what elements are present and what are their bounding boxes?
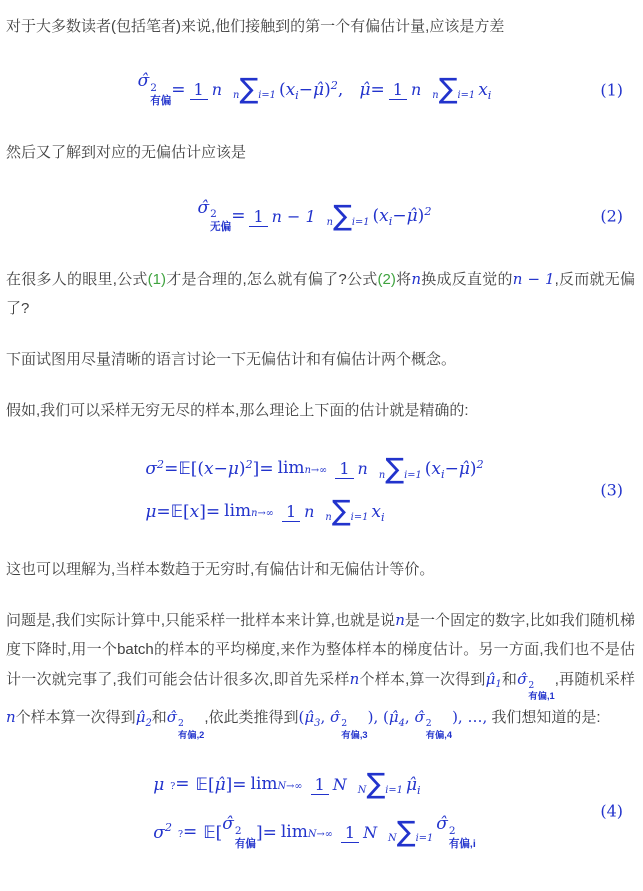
inline-math: x xyxy=(190,502,200,522)
math-base: μ̂ xyxy=(136,708,146,726)
equation-rows: μ?=𝔼[μ̂] = limN→∞1NN∑i=1μ̂iσ2?=𝔼[σ̂2有偏] … xyxy=(153,771,476,851)
math-base: σ xyxy=(145,459,157,479)
text-run: 对于大多数读者(包括笔者)来说,他们接触到的第一个有偏估计量,应该是方差 xyxy=(6,18,504,35)
math-superscript: 2 xyxy=(424,205,431,218)
math-subscript: 4 xyxy=(399,718,405,729)
limit-word: lim xyxy=(278,458,305,478)
math-base: μ̂ xyxy=(406,775,417,795)
inline-math: )2 xyxy=(239,459,253,479)
inline-math: μ̂ xyxy=(359,80,370,100)
math-supsub-stack: 2有偏,1 xyxy=(528,680,554,703)
inline-math: μ̂ xyxy=(215,775,226,795)
inline-math: xi xyxy=(379,206,392,226)
fraction: 1n − 1 xyxy=(249,207,319,226)
fraction: 1N xyxy=(341,823,381,842)
inline-math: x xyxy=(204,459,214,479)
inline-math: n xyxy=(395,611,405,629)
equation-row: μ = 𝔼[x] = limn→∞1nn∑i=1xi xyxy=(145,498,384,525)
limit-operator: limN→∞ xyxy=(281,824,333,842)
math-base: σ̂ xyxy=(167,708,177,726)
math-subscript: 无偏 xyxy=(210,221,231,234)
inline-math: σ̂2有偏 xyxy=(138,71,172,108)
inline-math: σ̂2有偏,i xyxy=(436,814,476,851)
inline-math: μ̂1 xyxy=(486,670,502,688)
inline-math: , xyxy=(338,80,360,100)
inline-math: , xyxy=(320,708,330,726)
math-base: x xyxy=(431,459,441,479)
expectation-symbol: 𝔼 xyxy=(171,502,183,522)
display-equation: σ2 = 𝔼[(x − μ)2] = limn→∞1nn∑i=1(xi − μ̂… xyxy=(6,456,635,525)
fraction-numerator: 1 xyxy=(389,80,407,100)
sum-lower-limit: i=1 xyxy=(416,833,434,844)
equation-rows: σ̂2无偏 = 1n − 1n∑i=1(xi − μ̂)2 xyxy=(198,198,432,235)
limit-operator: limn→∞ xyxy=(278,460,328,478)
text-run: 我们想知道的是: xyxy=(487,709,600,726)
inline-math: − xyxy=(392,206,406,226)
limit-word: lim xyxy=(224,501,251,521)
fraction-denominator: N xyxy=(329,775,351,794)
equation-row: μ?=𝔼[μ̂] = limN→∞1NN∑i=1μ̂i xyxy=(153,771,420,798)
equation-rows: σ̂2有偏 = 1nn∑i=1(xi − μ̂)2, μ̂ = 1nn∑i=1x… xyxy=(138,71,492,108)
math-superscript: 2 xyxy=(341,718,347,730)
summation: n∑i=1 xyxy=(325,498,368,525)
inline-math: σ̂2有偏,1 xyxy=(517,670,555,688)
fraction-numerator: 1 xyxy=(335,459,353,479)
sum-sigma-icon: ∑ xyxy=(239,72,258,105)
math-superscript: 2 xyxy=(246,458,253,471)
inline-math: xi xyxy=(286,80,299,100)
inline-math: μ̂ xyxy=(313,80,324,100)
math-base: σ̂ xyxy=(198,198,210,218)
math-base: x xyxy=(286,80,296,100)
sum-sigma-icon: ∑ xyxy=(332,494,351,527)
math-base: ) xyxy=(470,459,477,479)
inline-math: ] xyxy=(199,502,206,522)
math-supsub-stack: 2有偏 xyxy=(150,82,171,108)
math-base: σ̂ xyxy=(222,814,234,834)
inline-math: , xyxy=(373,708,383,726)
paragraph: 假如,我们可以采样无穷无尽的样本,那么理论上下面的估计就是精确的: xyxy=(6,396,635,425)
text-run: 个样本,算一次得到 xyxy=(359,671,485,688)
inline-math: μ̂ xyxy=(459,459,470,479)
text-run: 将 xyxy=(396,271,412,288)
inline-math: ] xyxy=(253,459,260,479)
equation-number: (4) xyxy=(600,802,623,821)
inline-math: , …, xyxy=(458,708,487,726)
math-superscript: 2 xyxy=(528,680,534,692)
text-run: 在很多人的眼里,公式 xyxy=(6,271,148,288)
sum-sigma-icon: ∑ xyxy=(366,767,385,800)
math-base: σ̂ xyxy=(138,71,150,91)
limit-word: lim xyxy=(251,774,278,794)
math-base: x xyxy=(371,502,381,522)
inline-math: = xyxy=(231,206,245,226)
math-subscript: i xyxy=(381,511,385,524)
inline-math: )2 xyxy=(418,206,432,226)
inline-math: σ̂2有偏 xyxy=(222,814,256,851)
fraction-denominator: n − 1 xyxy=(268,207,320,226)
inline-math: ( xyxy=(373,206,380,226)
inline-math: xi xyxy=(431,459,444,479)
limit-under: N→∞ xyxy=(308,829,333,840)
limit-operator: limn→∞ xyxy=(224,503,274,521)
inline-math: μ̂4 xyxy=(389,708,405,726)
math-base: μ̂ xyxy=(304,708,314,726)
math-supsub-stack: 2无偏 xyxy=(210,208,231,234)
math-subscript: 有偏 xyxy=(235,838,256,851)
sum-lower-limit: i=1 xyxy=(351,512,369,523)
sum-lower-limit: i=1 xyxy=(352,217,370,228)
inline-math: μ xyxy=(153,775,164,795)
text-run: 问题是,我们实际计算中,只能采样一批样本来计算,也就是说 xyxy=(6,612,395,629)
display-equation: μ?=𝔼[μ̂] = limN→∞1NN∑i=1μ̂iσ2?=𝔼[σ̂2有偏] … xyxy=(6,771,635,851)
fraction: 1n xyxy=(282,502,318,521)
text-run: ,依此类推得到 xyxy=(204,709,298,726)
text-run: 换成反直觉的 xyxy=(421,271,513,288)
math-subscript: i xyxy=(417,784,421,797)
sum-upper-limit: N xyxy=(388,833,397,844)
math-superscript: 2 xyxy=(178,718,184,730)
text-run: 这也可以理解为,当样本数趋于无穷时,有偏估计和无偏估计等价。 xyxy=(6,561,434,578)
inline-math: μ xyxy=(228,459,239,479)
text-run: 假如,我们可以采样无穷无尽的样本,那么理论上下面的估计就是精确的: xyxy=(6,402,469,419)
text-run: 和 xyxy=(502,671,517,688)
math-superscript: 2 xyxy=(426,718,432,730)
math-superscript: 2 xyxy=(210,208,217,221)
equation-number: (1) xyxy=(600,80,623,99)
questioned-equals: ?= xyxy=(178,824,197,841)
inline-math: [ xyxy=(208,775,215,795)
math-base: ) xyxy=(239,459,246,479)
math-base: σ̂ xyxy=(436,814,448,834)
equation-rows: σ2 = 𝔼[(x − μ)2] = limn→∞1nn∑i=1(xi − μ̂… xyxy=(145,456,483,525)
inline-math: ( xyxy=(425,459,432,479)
math-supsub-stack: 2有偏,2 xyxy=(178,718,204,741)
paragraph: 对于大多数读者(包括笔者)来说,他们接触到的第一个有偏估计量,应该是方差 xyxy=(6,12,635,41)
equals-sign: = xyxy=(183,822,197,842)
fraction-denominator: N xyxy=(359,823,381,842)
text-run: 才是合理的,怎么就有偏了?公式 xyxy=(166,271,378,288)
article-content: 对于大多数读者(包括笔者)来说,他们接触到的第一个有偏估计量,应该是方差σ̂2有… xyxy=(0,0,643,891)
inline-math: xi xyxy=(478,80,491,100)
math-base: x xyxy=(478,80,488,100)
math-superscript: 2 xyxy=(150,82,157,95)
math-subscript: 有偏,i xyxy=(449,838,476,851)
math-superscript: 2 xyxy=(477,458,484,471)
summation: n∑i=1 xyxy=(327,203,370,230)
equation-ref-link[interactable]: (2) xyxy=(378,271,396,288)
math-subscript: 有偏 xyxy=(150,95,171,108)
math-subscript: i xyxy=(441,468,445,481)
inline-math: μ̂i xyxy=(406,775,421,795)
math-base: σ̂ xyxy=(517,670,527,688)
fraction-denominator: n xyxy=(208,80,226,99)
equation-row: σ2?=𝔼[σ̂2有偏] = limN→∞1NN∑i=1σ̂2有偏,i xyxy=(153,814,476,851)
display-equation: σ̂2有偏 = 1nn∑i=1(xi − μ̂)2, μ̂ = 1nn∑i=1x… xyxy=(6,71,635,108)
math-superscript: 2 xyxy=(449,825,456,838)
math-subscript: 2 xyxy=(145,718,151,729)
math-subscript: i xyxy=(389,215,393,228)
fraction: 1n xyxy=(335,459,371,478)
limit-under: n→∞ xyxy=(251,508,274,519)
math-subscript: 3 xyxy=(314,718,320,729)
expectation-symbol: 𝔼 xyxy=(178,459,190,479)
inline-math: n xyxy=(6,708,16,726)
math-subscript: 1 xyxy=(495,679,501,690)
inline-math: )2 xyxy=(324,80,338,100)
math-base: ) xyxy=(324,80,331,100)
math-base: μ̂ xyxy=(389,708,399,726)
inline-math: n xyxy=(350,670,360,688)
sum-lower-limit: i=1 xyxy=(385,785,403,796)
math-subscript: i xyxy=(488,89,492,102)
inline-math: = xyxy=(263,823,277,843)
inline-math: = xyxy=(259,459,273,479)
text-run: 然后又了解到对应的无偏估计应该是 xyxy=(6,144,246,161)
limit-under: n→∞ xyxy=(305,465,328,476)
sum-lower-limit: i=1 xyxy=(258,90,276,101)
math-superscript: 2 xyxy=(165,821,172,834)
text-run: 和 xyxy=(152,709,167,726)
inline-math: [ xyxy=(216,823,223,843)
sum-sigma-icon: ∑ xyxy=(397,815,416,848)
sum-sigma-icon: ∑ xyxy=(439,72,458,105)
inline-math: = xyxy=(156,502,170,522)
inline-math: σ̂2有偏,3 xyxy=(330,708,368,726)
inline-math: = xyxy=(164,459,178,479)
sum-sigma-icon: ∑ xyxy=(385,452,404,485)
inline-math: − xyxy=(299,80,313,100)
fraction: 1n xyxy=(389,80,425,99)
summation: N∑i=1 xyxy=(358,771,403,798)
math-subscript: 有偏,4 xyxy=(426,730,452,742)
inline-math: μ xyxy=(145,502,156,522)
questioned-equals: ?= xyxy=(170,776,189,793)
fraction-denominator: n xyxy=(354,459,372,478)
inline-math: − xyxy=(445,459,459,479)
math-base: μ̂ xyxy=(486,670,496,688)
math-base: σ̂ xyxy=(330,708,340,726)
fraction-numerator: 1 xyxy=(282,502,300,522)
inline-math: σ2 xyxy=(153,823,172,843)
equals-sign: = xyxy=(175,774,189,794)
summation: N∑i=1 xyxy=(388,819,433,846)
math-supsub-stack: 2有偏,3 xyxy=(341,718,367,741)
math-subscript: 有偏,3 xyxy=(341,730,367,742)
limit-operator: limN→∞ xyxy=(251,776,303,794)
display-equation: σ̂2无偏 = 1n − 1n∑i=1(xi − μ̂)2(2) xyxy=(6,198,635,235)
math-superscript: 2 xyxy=(235,825,242,838)
sum-lower-limit: i=1 xyxy=(458,90,476,101)
inline-math: ( xyxy=(279,80,286,100)
inline-math: μ̂ xyxy=(407,206,418,226)
text-run: ,再随机采样 xyxy=(555,671,635,688)
equation-ref-link[interactable]: (1) xyxy=(148,271,166,288)
inline-math: σ̂2有偏,2 xyxy=(167,708,205,726)
math-supsub-stack: 2有偏 xyxy=(235,825,256,851)
fraction-numerator: 1 xyxy=(190,80,208,100)
equation-number: (3) xyxy=(600,481,623,500)
inline-math: = xyxy=(232,775,246,795)
math-base: σ xyxy=(153,823,165,843)
math-superscript: 2 xyxy=(331,79,338,92)
expectation-symbol: 𝔼 xyxy=(196,775,208,795)
math-base: x xyxy=(379,206,389,226)
text-run: 个样本算一次得到 xyxy=(16,709,136,726)
paragraph: 这也可以理解为,当样本数趋于无穷时,有偏估计和无偏估计等价。 xyxy=(6,555,635,584)
inline-math: xi xyxy=(371,502,384,522)
paragraph: 下面试图用尽量清晰的语言讨论一下无偏估计和有偏估计两个概念。 xyxy=(6,345,635,374)
fraction: 1n xyxy=(190,80,226,99)
inline-math: μ̂2 xyxy=(136,708,152,726)
inline-math: = xyxy=(206,502,220,522)
math-base: σ̂ xyxy=(414,708,424,726)
inline-math: σ2 xyxy=(145,459,164,479)
equation-row: σ̂2无偏 = 1n − 1n∑i=1(xi − μ̂)2 xyxy=(198,198,432,235)
equation-row: σ2 = 𝔼[(x − μ)2] = limn→∞1nn∑i=1(xi − μ̂… xyxy=(145,456,483,483)
inline-math: )2 xyxy=(470,459,484,479)
inline-math: σ̂2有偏,4 xyxy=(414,708,452,726)
limit-under: N→∞ xyxy=(278,781,303,792)
inline-math: ] xyxy=(256,823,263,843)
math-supsub-stack: 2有偏,i xyxy=(449,825,476,851)
summation: n∑i=1 xyxy=(379,456,422,483)
fraction-numerator: 1 xyxy=(341,823,359,843)
inline-math: = xyxy=(371,80,385,100)
equation-row: σ̂2有偏 = 1nn∑i=1(xi − μ̂)2, μ̂ = 1nn∑i=1x… xyxy=(138,71,492,108)
text-run: 下面试图用尽量清晰的语言讨论一下无偏估计和有偏估计两个概念。 xyxy=(6,351,456,368)
fraction-denominator: n xyxy=(407,80,425,99)
math-superscript: 2 xyxy=(157,458,164,471)
inline-math: ] xyxy=(226,775,233,795)
summation: n∑i=1 xyxy=(432,76,475,103)
math-subscript: 有偏,2 xyxy=(178,730,204,742)
inline-math: − xyxy=(214,459,228,479)
equation-number: (2) xyxy=(600,207,623,226)
fraction-denominator: n xyxy=(300,502,318,521)
inline-math: n xyxy=(411,270,421,288)
inline-math: [ xyxy=(183,502,190,522)
inline-math: μ̂3 xyxy=(304,708,320,726)
fraction: 1N xyxy=(311,775,351,794)
math-subscript: 有偏,1 xyxy=(528,691,554,703)
fraction-numerator: 1 xyxy=(311,775,329,795)
paragraph: 然后又了解到对应的无偏估计应该是 xyxy=(6,138,635,167)
math-supsub-stack: 2有偏,4 xyxy=(426,718,452,741)
summation: n∑i=1 xyxy=(233,76,276,103)
sum-lower-limit: i=1 xyxy=(404,470,422,481)
inline-math: σ̂2无偏 xyxy=(198,198,232,235)
inline-math: = xyxy=(171,80,185,100)
paragraph: 在很多人的眼里,公式(1)才是合理的,怎么就有偏了?公式(2)将n换成反直觉的n… xyxy=(6,265,635,324)
inline-math: n − 1 xyxy=(513,270,555,288)
fraction-numerator: 1 xyxy=(249,207,267,227)
inline-math: [( xyxy=(191,459,204,479)
sum-sigma-icon: ∑ xyxy=(333,199,352,232)
math-subscript: i xyxy=(295,89,299,102)
expectation-symbol: 𝔼 xyxy=(203,823,215,843)
paragraph: 问题是,我们实际计算中,只能采样一批样本来计算,也就是说n是一个固定的数字,比如… xyxy=(6,606,635,741)
limit-word: lim xyxy=(281,822,308,842)
